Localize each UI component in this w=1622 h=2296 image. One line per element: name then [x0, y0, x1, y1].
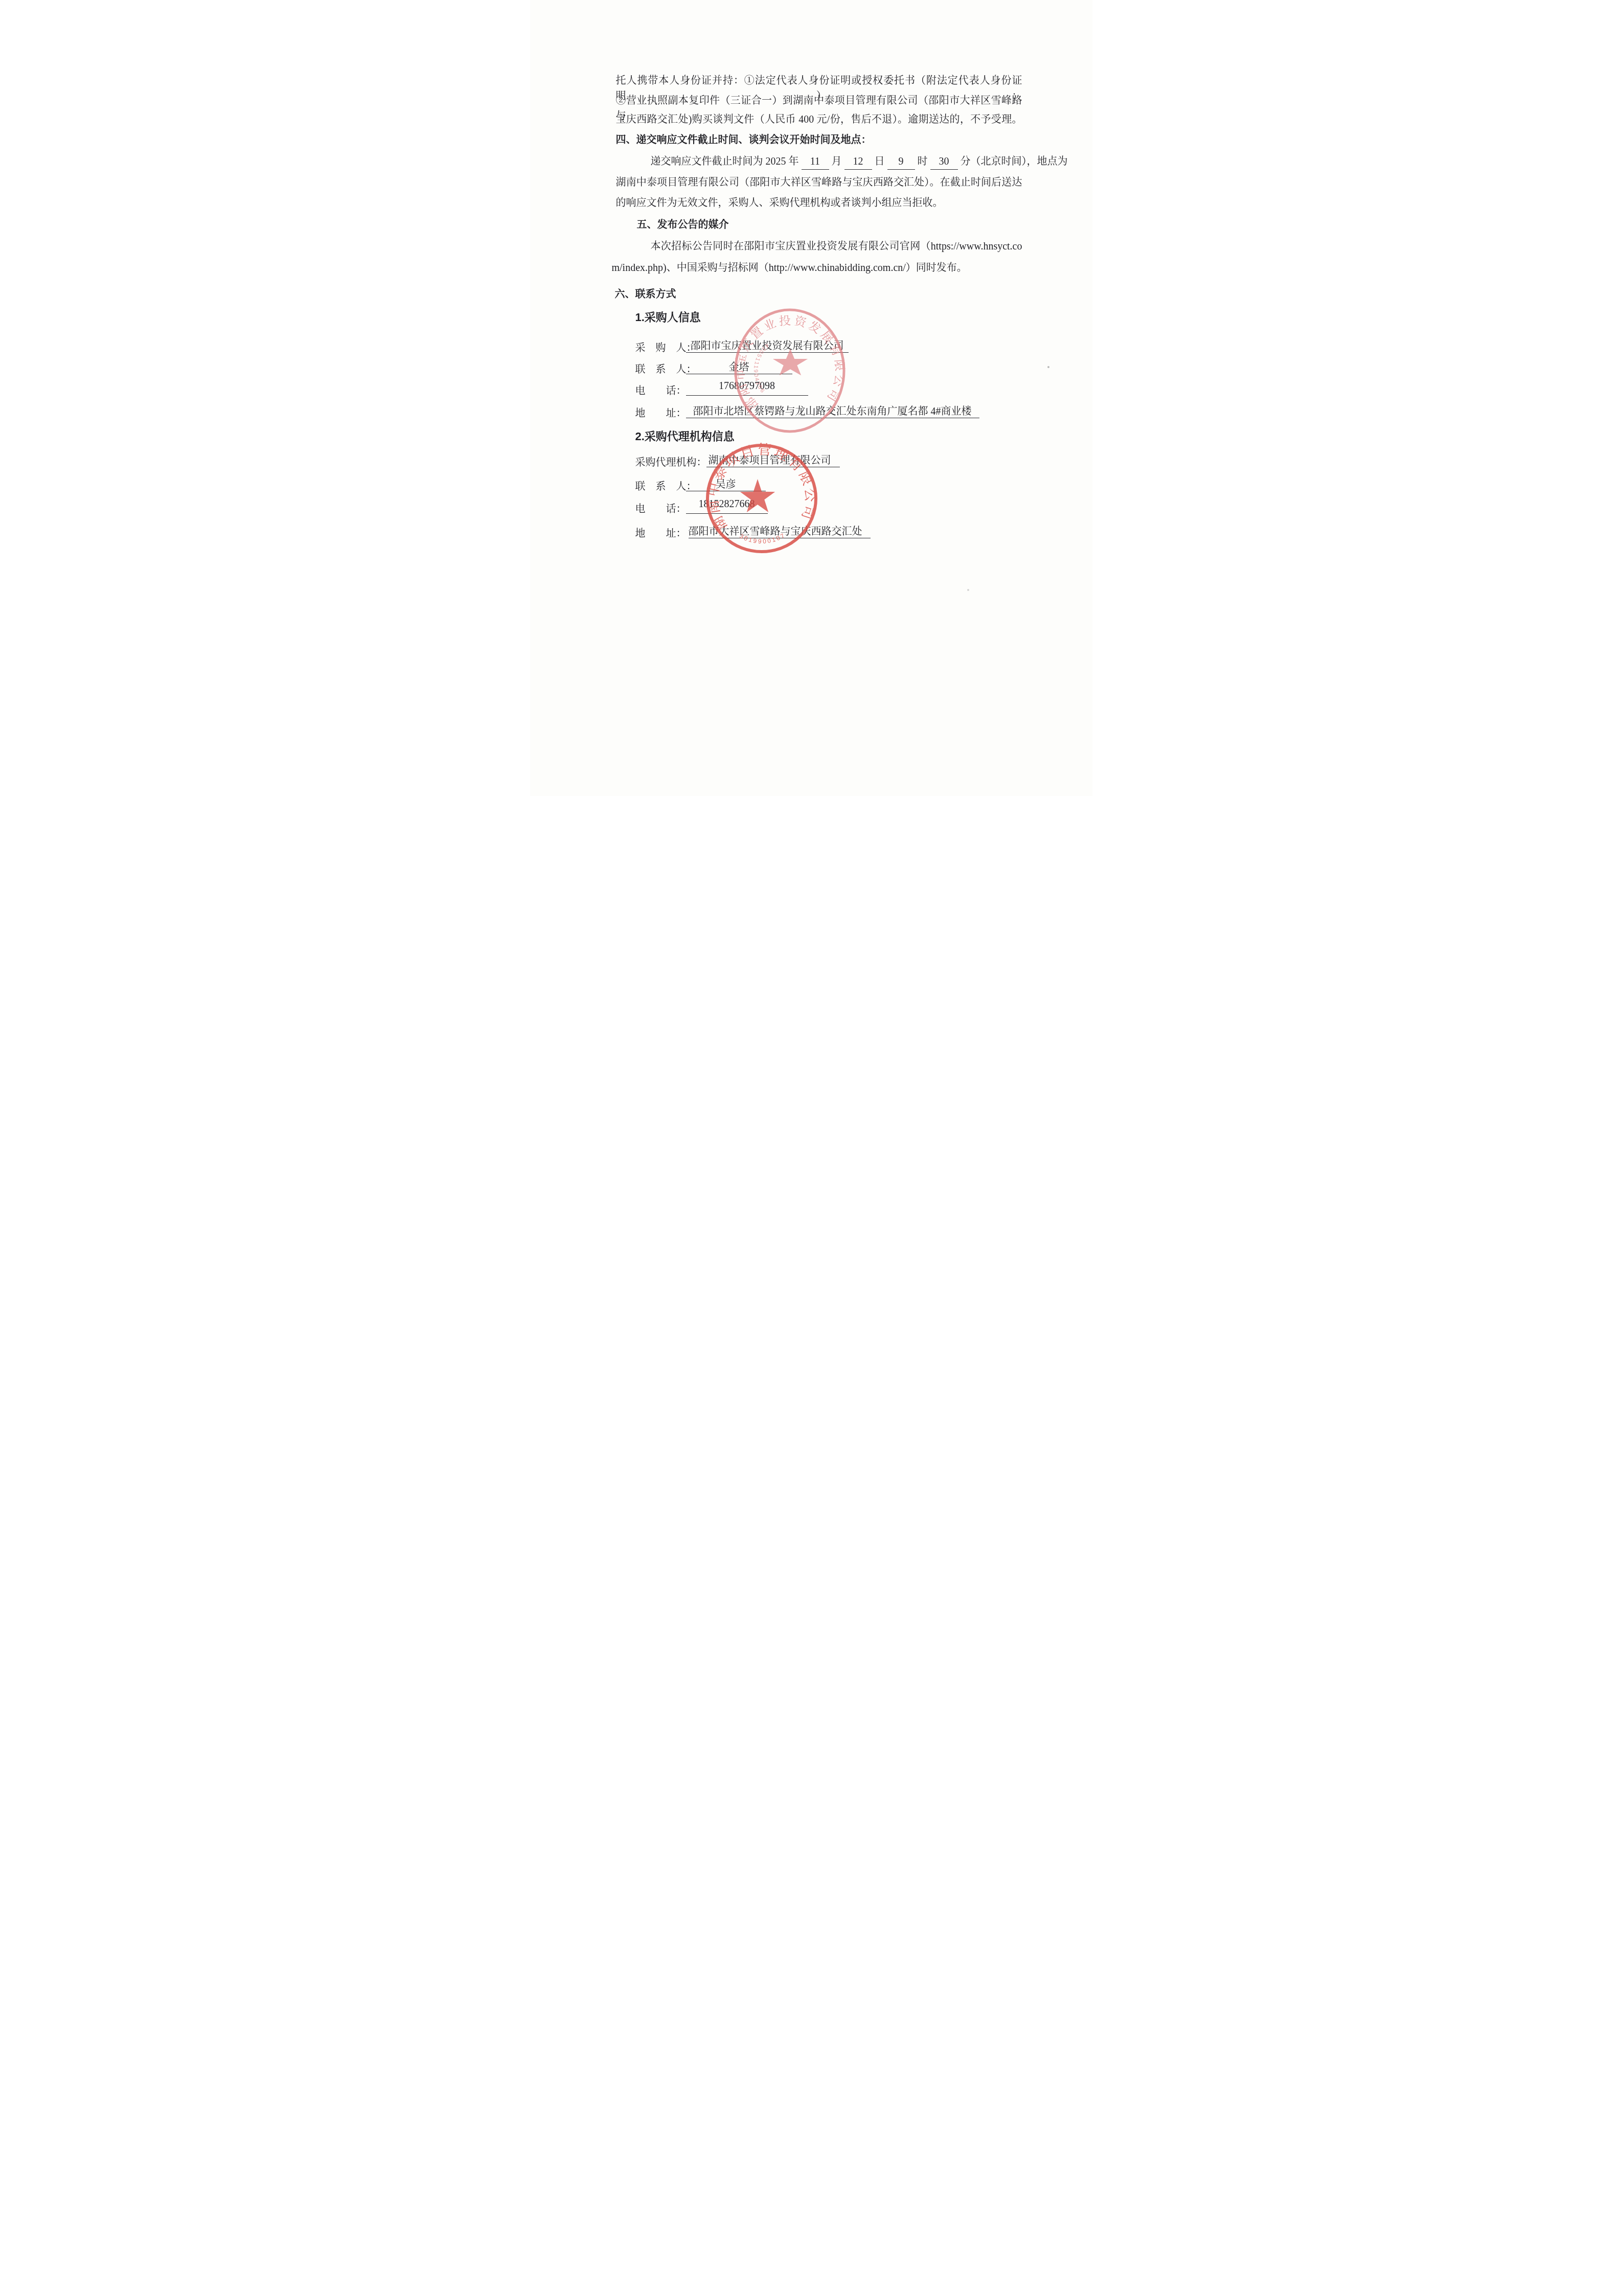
agency-phone-label: 电 话： — [635, 501, 687, 515]
deadline-prefix: 递交响应文件截止时间为 2025 年 — [651, 156, 799, 167]
deadline-suffix: 分（北京时间），地点为 — [961, 156, 1068, 167]
paragraph-line: 湖南中泰项目管理有限公司（邵阳市大祥区雪峰路与宝庆西路交汇处）。在截止时间后送达 — [616, 175, 1022, 190]
purchaser-contact-value: 金塔 — [686, 359, 792, 374]
agency-name-label: 采购代理机构： — [635, 454, 707, 469]
agency-name-value: 湖南中泰项目管理有限公司 — [706, 452, 840, 467]
purchaser-name-value: 邵阳市宝庆置业投资发展有限公司 — [686, 337, 849, 353]
purchaser-phone-label: 电 话： — [635, 382, 687, 397]
deadline-line: 递交响应文件截止时间为 2025 年 11 月 12 日 9 时 30 分（北京… — [651, 154, 1068, 170]
deadline-sep-month: 月 — [832, 156, 842, 167]
scan-speck — [967, 589, 969, 591]
deadline-sep-day: 日 — [875, 156, 885, 167]
document-page: 托人携带本人身份证并持：①法定代表人身份证明或授权委托书（附法定代表人身份证明）… — [530, 0, 1092, 796]
agency-address-value: 邵阳市大祥区雪峰路与宝庆西路交汇处 — [689, 523, 871, 538]
section-heading-5: 五、发布公告的媒介 — [637, 217, 729, 233]
deadline-day-value: 12 — [844, 154, 872, 170]
paragraph-line: 宝庆西路交汇处)购买谈判文件（人民币 400 元/份，售后不退）。逾期送达的，不… — [616, 112, 1022, 127]
paragraph-line: 本次招标公告同时在邵阳市宝庆置业投资发展有限公司官网（https://www.h… — [651, 239, 1022, 254]
paragraph-line: 的响应文件为无效文件，采购人、采购代理机构或者谈判小组应当拒收。 — [616, 195, 943, 211]
deadline-sep-hour: 时 — [918, 156, 928, 167]
deadline-hour-value: 9 — [887, 154, 915, 170]
section-heading-4: 四、递交响应文件截止时间、谈判会议开始时间及地点： — [616, 132, 872, 148]
paragraph-line: m/index.php)、中国采购与招标网（http://www.chinabi… — [612, 260, 967, 276]
agency-heading: 2.采购代理机构信息 — [635, 429, 735, 444]
scan-speck — [1047, 366, 1049, 368]
section-heading-6: 六、联系方式 — [615, 287, 676, 302]
agency-address-label: 地 址： — [635, 525, 687, 540]
agency-contact-value: 吴彦 — [686, 476, 766, 491]
purchaser-address-value: 邵阳市北塔区蔡锷路与龙山路交汇处东南角广厦名都 4#商业楼 — [686, 403, 979, 418]
purchaser-address-label: 地 址： — [635, 405, 687, 420]
agency-phone-value: 18152827668 — [686, 498, 768, 514]
deadline-month-value: 11 — [802, 154, 829, 170]
purchaser-phone-value: 17680797098 — [686, 380, 808, 396]
purchaser-heading: 1.采购人信息 — [635, 310, 701, 325]
deadline-minute-value: 30 — [930, 154, 958, 170]
